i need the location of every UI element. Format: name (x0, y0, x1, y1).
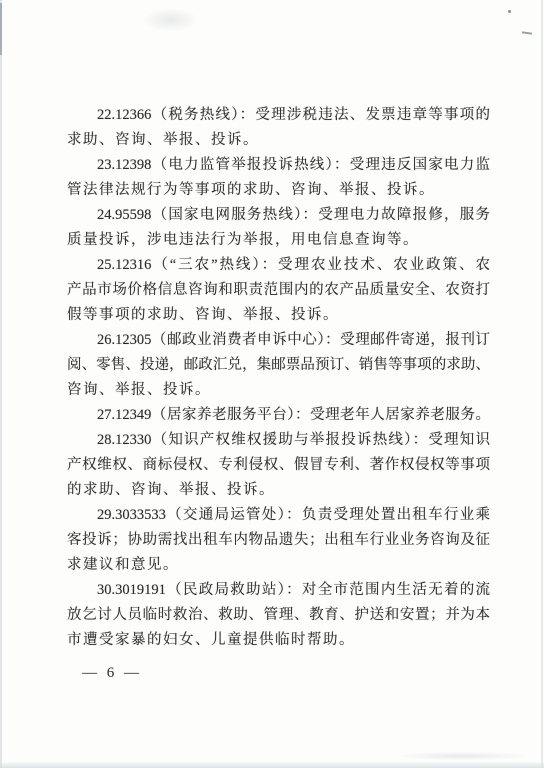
paragraph: 27.12349（居家养老服务平台）：受理老年人居家养老服务。 (67, 403, 490, 428)
text-line: 的求助、咨询、举报、投诉。 (67, 478, 490, 503)
paragraph: 30.3019191（民政局救助站）：对全市范围内生活无着的流放乞讨人员临时救治… (67, 578, 490, 653)
page-number: — 6 — (82, 665, 142, 682)
paragraph: 25.12316（“三农”热线）：受理农业技术、农业政策、农产品市场价格信息咨询… (67, 253, 490, 328)
paragraph: 24.95598（国家电网服务热线）：受理电力故障报修，服务质量投诉，涉电违法行… (67, 203, 490, 253)
text-line: 客投诉；协助需找出租车内物品遗失；出租车行业业务咨询及征 (67, 528, 490, 553)
scan-edge-bottom (0, 762, 544, 768)
text-line: 咨询、举报、投诉。 (67, 378, 490, 403)
text-line: 产品市场价格信息咨询和职责范围内的农产品质量安全、农资打 (67, 278, 490, 303)
scan-artifact-dot (508, 10, 511, 13)
text-line: 阅、零售、投递，邮政汇兑，集邮票品预订、销售等事项的求助、 (67, 353, 490, 378)
text-line: 25.12316（“三农”热线）：受理农业技术、农业政策、农 (67, 253, 490, 278)
scan-edge-right (541, 0, 543, 768)
text-line: 管法律法规行为等事项的求助、咨询、举报、投诉。 (67, 178, 490, 203)
text-line: 放乞讨人员临时救治、救助、管理、教育、护送和安置；并为本 (67, 603, 490, 628)
paragraph: 22.12366（税务热线）：受理涉税违法、发票违章等事项的求助、咨询、举报、投… (67, 103, 490, 153)
text-line: 23.12398（电力监管举报投诉热线）：受理违反国家电力监 (67, 153, 490, 178)
scan-smudge-bottom (398, 752, 528, 760)
text-line: 27.12349（居家养老服务平台）：受理老年人居家养老服务。 (67, 403, 490, 428)
text-line: 29.3033533（交通局运管处）：负责受理处置出租车行业乘 (67, 503, 490, 528)
scan-edge-left (0, 0, 2, 768)
scan-smudge-top (143, 8, 198, 32)
document-page: 22.12366（税务热线）：受理涉税违法、发票违章等事项的求助、咨询、举报、投… (0, 0, 544, 768)
text-line: 30.3019191（民政局救助站）：对全市范围内生活无着的流 (67, 578, 490, 603)
paragraph: 28.12330（知识产权维权援助与举报投诉热线）：受理知识产权维权、商标侵权、… (67, 428, 490, 503)
text-line: 市遭受家暴的妇女、儿童提供临时帮助。 (67, 628, 490, 653)
scan-artifact-dash (522, 31, 532, 34)
text-line: 28.12330（知识产权维权援助与举报投诉热线）：受理知识 (67, 428, 490, 453)
text-line: 求建议和意见。 (67, 553, 490, 578)
text-line: 26.12305（邮政业消费者申诉中心）：受理邮件寄递，报刊订 (67, 328, 490, 353)
text-line: 求助、咨询、举报、投诉。 (67, 128, 490, 153)
paragraph: 26.12305（邮政业消费者申诉中心）：受理邮件寄递，报刊订阅、零售、投递，邮… (67, 328, 490, 403)
scan-edge-left-top (0, 3, 2, 55)
text-line: 质量投诉，涉电违法行为举报，用电信息查询等。 (67, 228, 490, 253)
text-line: 22.12366（税务热线）：受理涉税违法、发票违章等事项的 (67, 103, 490, 128)
text-line: 24.95598（国家电网服务热线）：受理电力故障报修，服务 (67, 203, 490, 228)
document-body: 22.12366（税务热线）：受理涉税违法、发票违章等事项的求助、咨询、举报、投… (67, 103, 490, 653)
text-line: 产权维权、商标侵权、专利侵权、假冒专利、著作权侵权等事项 (67, 453, 490, 478)
text-line: 假等事项的求助、咨询、举报、投诉。 (67, 303, 490, 328)
paragraph: 23.12398（电力监管举报投诉热线）：受理违反国家电力监管法律法规行为等事项… (67, 153, 490, 203)
paragraph: 29.3033533（交通局运管处）：负责受理处置出租车行业乘客投诉；协助需找出… (67, 503, 490, 578)
